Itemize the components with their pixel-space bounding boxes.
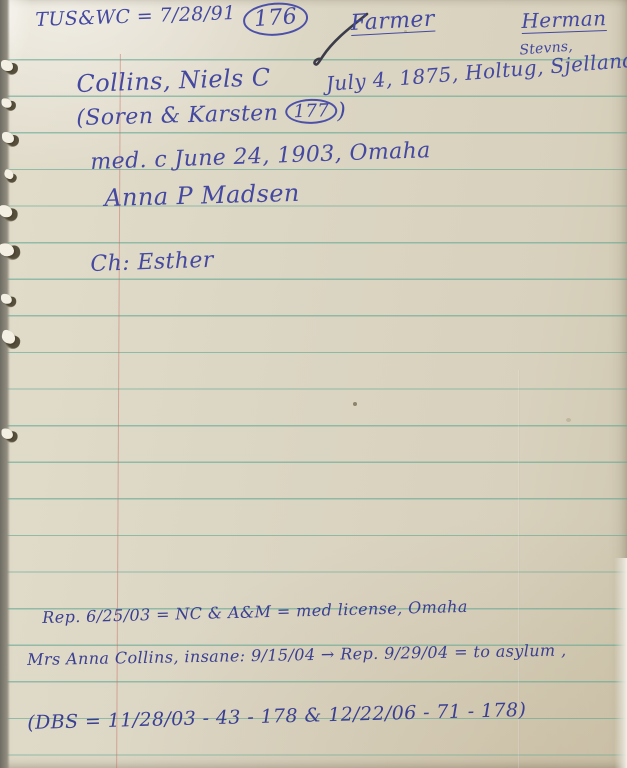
- torn-edge-fragment: [2, 98, 19, 113]
- entry-spouse: Anna P Madsen: [104, 179, 300, 212]
- column-label-farmer: Farmer: [350, 7, 435, 36]
- binding-edge-shadow: [0, 0, 10, 768]
- paper-speck: [353, 402, 357, 406]
- torn-edge-fragment: [0, 205, 21, 225]
- parents-page-ref-circled: 177: [285, 98, 337, 124]
- page-curl-edge: [613, 558, 627, 768]
- parents-close-paren: ): [337, 99, 347, 124]
- scanned-notebook-page: TUS&WC = 7/28/91 176 Farmer Herman Colli…: [0, 0, 627, 768]
- torn-edge-fragment: [0, 240, 26, 265]
- torn-edge-fragment: [1, 294, 19, 310]
- page-number-circled: 176: [242, 0, 309, 37]
- entry-children: Ch: Esther: [90, 248, 214, 277]
- torn-edge-fragment: [2, 428, 21, 445]
- torn-edge-fragment: [1, 60, 21, 78]
- paper-speck: [566, 418, 571, 422]
- torn-edge-fragment: [2, 132, 22, 150]
- page-number: 176: [242, 0, 309, 37]
- column-label-herman: Herman: [521, 6, 607, 33]
